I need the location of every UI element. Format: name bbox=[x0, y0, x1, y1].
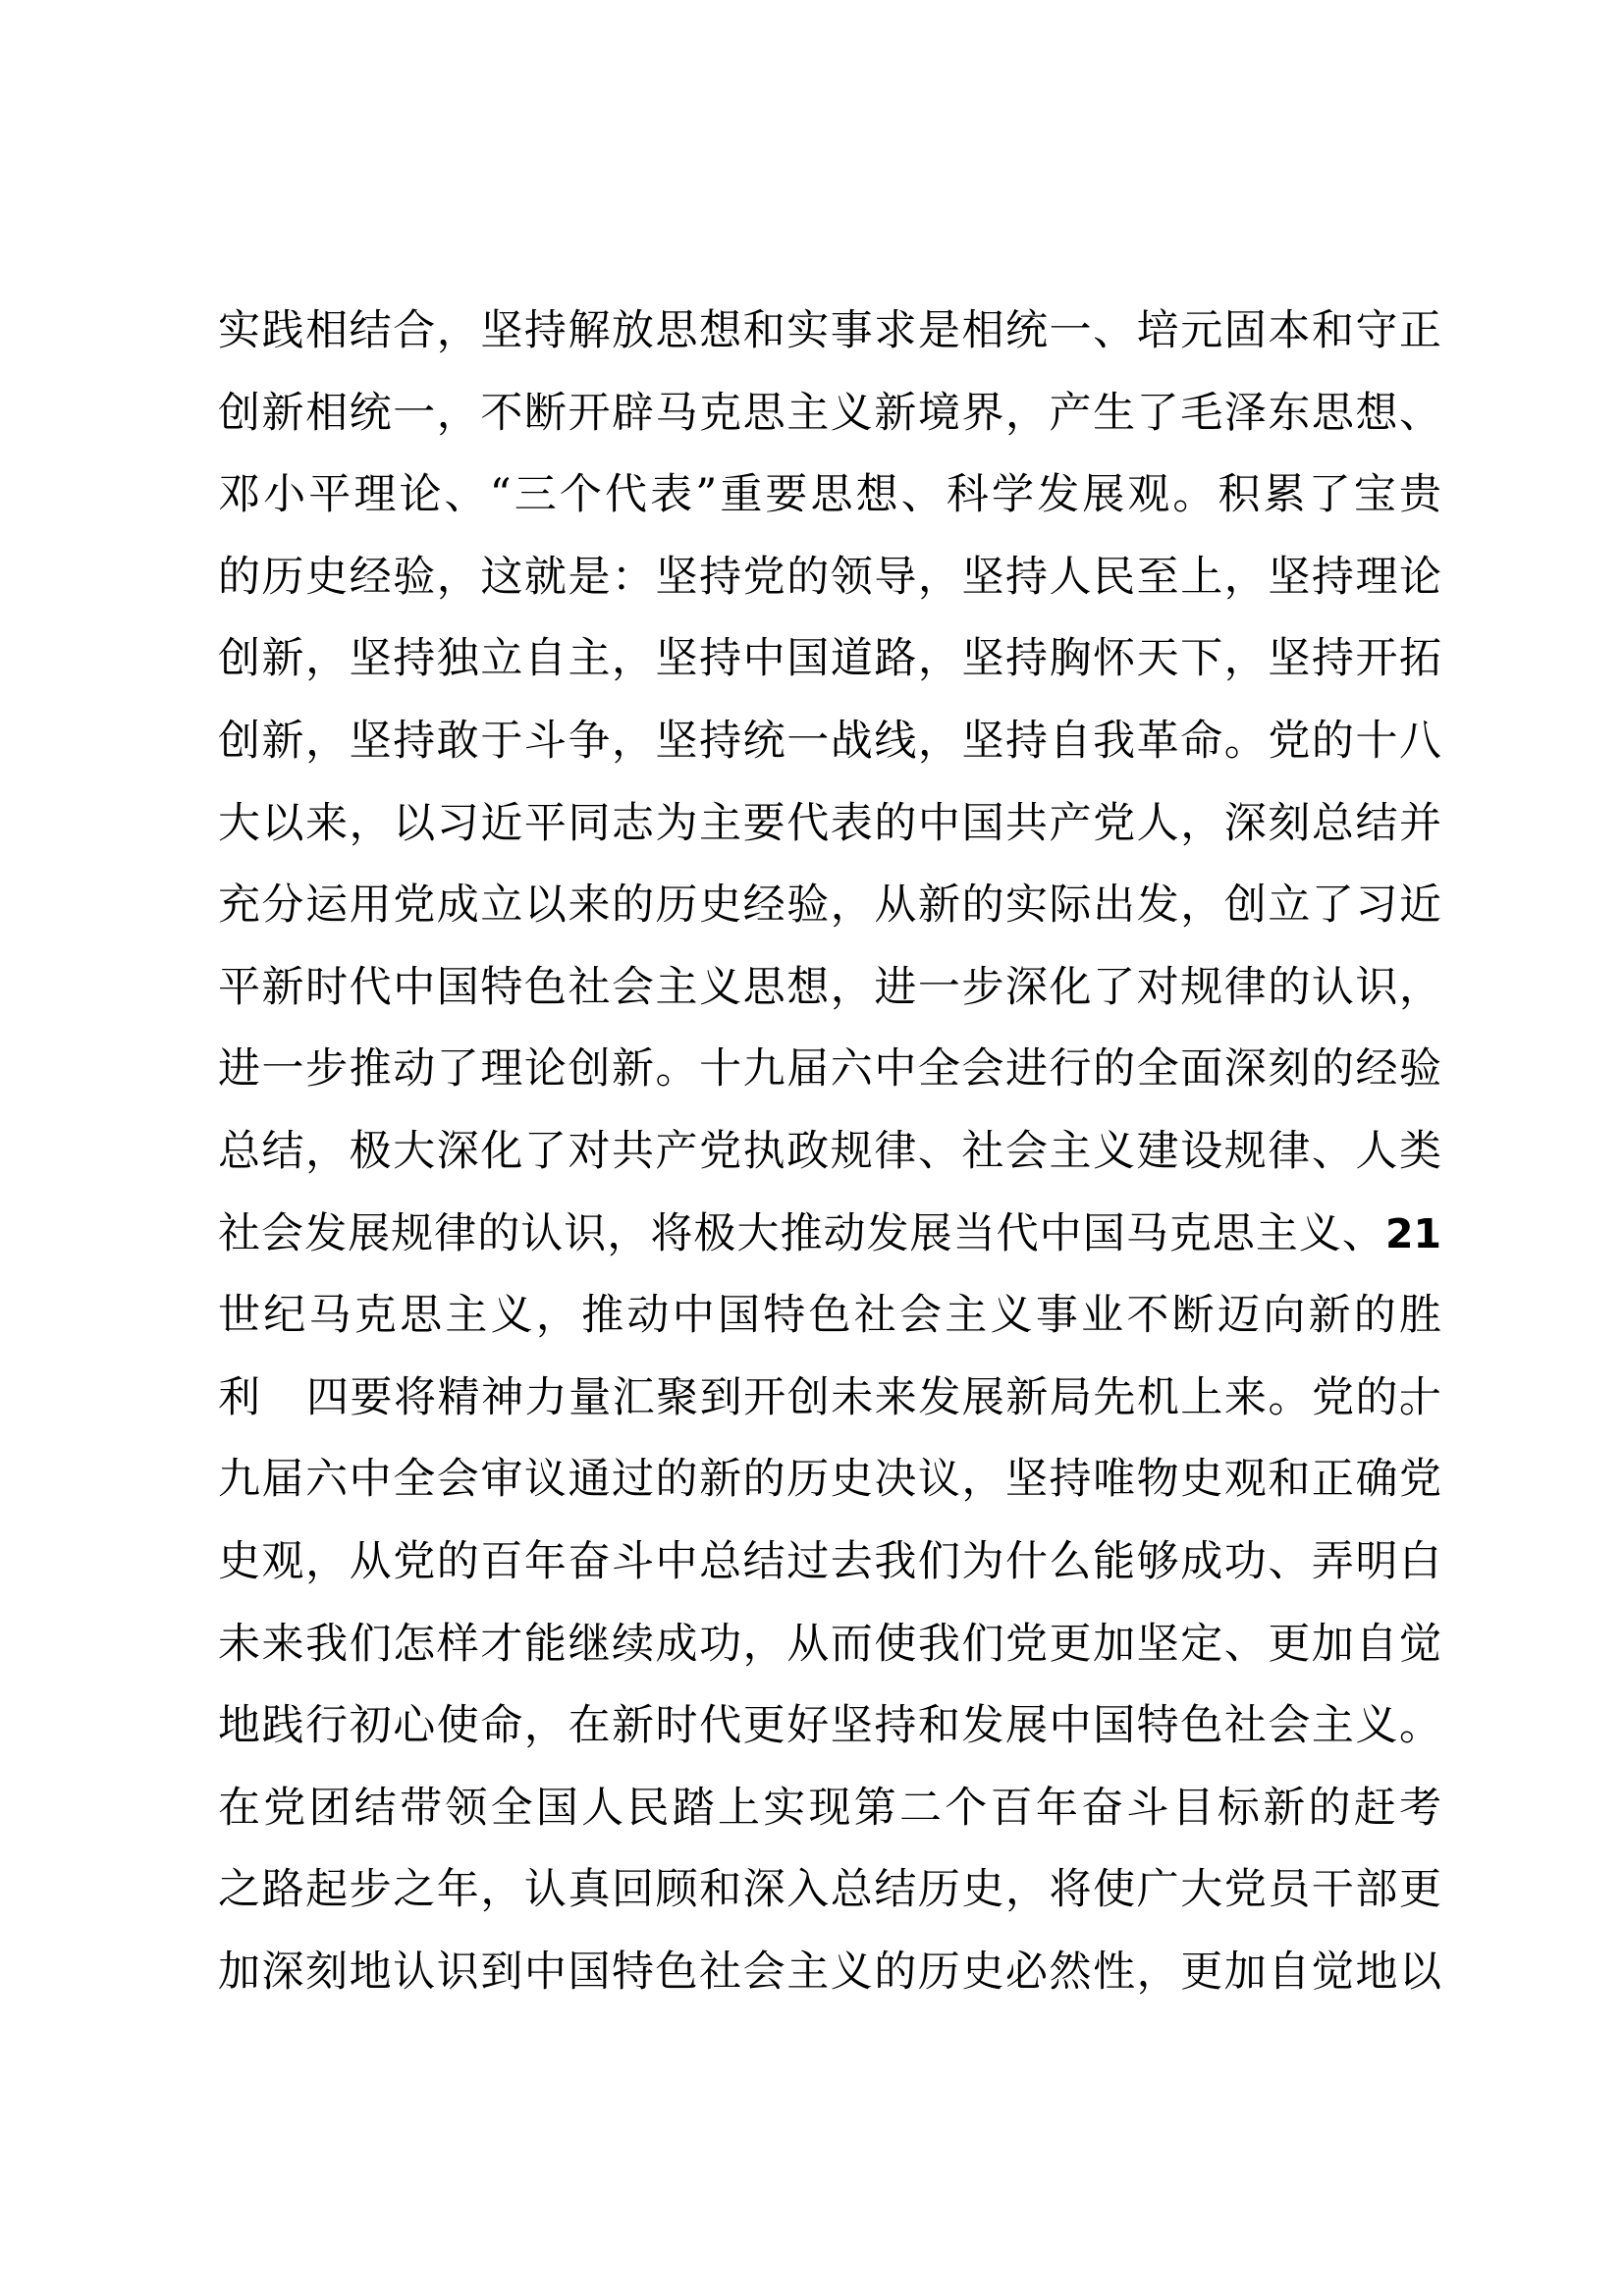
text-line: 总结，极大深化了对共产党执政规律、社会主义建设规律、人类 bbox=[218, 1111, 1441, 1194]
text-line: 四要将精神力量汇聚到开创未来发展新局先机上来。党的十 bbox=[218, 1358, 1441, 1440]
text-line: 的历史经验，这就是：坚持党的领导，坚持人民至上，坚持理论 bbox=[218, 537, 1441, 619]
text-line: 未来我们怎样才能继续成功，从而使我们党更加坚定、更加自觉 bbox=[218, 1604, 1441, 1686]
text-line: 世纪马克思主义，推动中国特色社会主义事业不断迈向新的胜利。 bbox=[218, 1275, 1441, 1358]
text-line: 社会发展规律的认识，将极大推动发展当代中国马克思主义、21 bbox=[218, 1194, 1441, 1276]
text-line: 充分运用党成立以来的历史经验，从新的实际出发，创立了习近 bbox=[218, 865, 1441, 947]
text-line: 在党团结带领全国人民踏上实现第二个百年奋斗目标新的赶考 bbox=[218, 1768, 1441, 1850]
text-line: 创新相统一，不断开辟马克思主义新境界，产生了毛泽东思想、 bbox=[218, 373, 1441, 455]
text-line: 创新，坚持独立自主，坚持中国道路，坚持胸怀天下，坚持开拓 bbox=[218, 618, 1441, 701]
inline-number: 21 bbox=[1385, 1210, 1441, 1257]
text-line: 史观，从党的百年奋斗中总结过去我们为什么能够成功、弄明白 bbox=[218, 1522, 1441, 1604]
paragraph-2: 四要将精神力量汇聚到开创未来发展新局先机上来。党的十 九届六中全会审议通过的新的… bbox=[218, 1358, 1441, 2014]
paragraph-1: 实践相结合，坚持解放思想和实事求是相统一、培元固本和守正 创新相统一，不断开辟马… bbox=[218, 291, 1441, 1358]
text-line: 实践相结合，坚持解放思想和实事求是相统一、培元固本和守正 bbox=[218, 291, 1441, 373]
text-line: 加深刻地认识到中国特色社会主义的历史必然性，更加自觉地以 bbox=[218, 1932, 1441, 2014]
text-line: 之路起步之年，认真回顾和深入总结历史，将使广大党员干部更 bbox=[218, 1849, 1441, 1932]
text-line: 创新，坚持敢于斗争，坚持统一战线，坚持自我革命。党的十八 bbox=[218, 701, 1441, 783]
document-page: 实践相结合，坚持解放思想和实事求是相统一、培元固本和守正 创新相统一，不断开辟马… bbox=[0, 0, 1624, 2296]
text-line: 进一步推动了理论创新。十九届六中全会进行的全面深刻的经验 bbox=[218, 1029, 1441, 1111]
text-line: 地践行初心使命，在新时代更好坚持和发展中国特色社会主义。 bbox=[218, 1685, 1441, 1768]
text-line: 大以来，以习近平同志为主要代表的中国共产党人，深刻总结并 bbox=[218, 783, 1441, 866]
text-line: 平新时代中国特色社会主义思想，进一步深化了对规律的认识， bbox=[218, 947, 1441, 1030]
text-line: 九届六中全会审议通过的新的历史决议，坚持唯物史观和正确党 bbox=[218, 1439, 1441, 1522]
text-run: 社会发展规律的认识，将极大推动发展当代中国马克思主义、 bbox=[218, 1209, 1385, 1258]
document-text-block: 实践相结合，坚持解放思想和实事求是相统一、培元固本和守正 创新相统一，不断开辟马… bbox=[218, 291, 1441, 2013]
text-line: 邓小平理论、“三个代表”重要思想、科学发展观。积累了宝贵 bbox=[218, 454, 1441, 537]
